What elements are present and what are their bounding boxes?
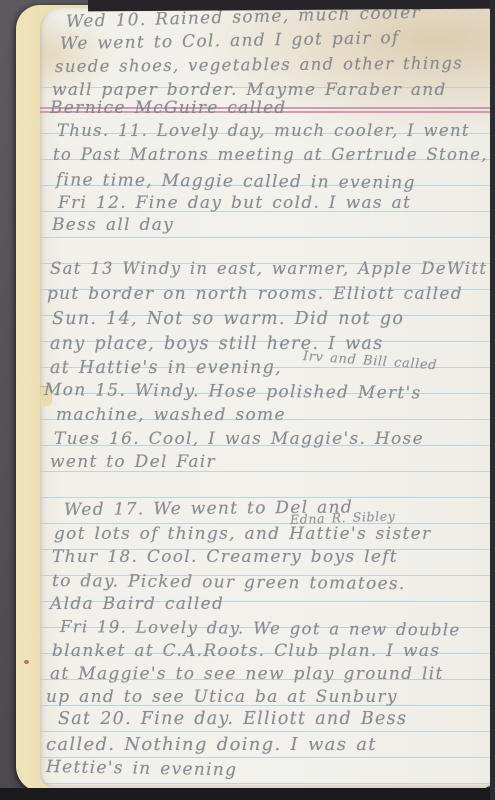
ruled-line [40,731,492,732]
scan-shadow-bottom [0,788,495,800]
ruled-line [40,289,492,290]
ruled-line [40,237,492,238]
ruled-line [40,263,492,264]
ruled-line [40,315,492,316]
page-edge-notch [40,386,52,406]
scan-background: Wed 10. Rained some, much coolerWe went … [0,0,495,800]
ruled-line [40,341,492,342]
ruled-line [40,497,492,498]
ruled-line [40,653,492,654]
ruled-line [40,159,492,160]
header-rule-pink-bottom [40,111,492,113]
ruled-line [40,523,492,524]
ruled-line [40,367,492,368]
ruled-line [40,705,492,706]
notebook-page [40,8,492,787]
ruled-line [40,87,492,88]
ruled-line [40,757,492,758]
ruled-line [40,601,492,602]
ruled-line [40,185,492,186]
ruled-line [40,627,492,628]
ruled-line [40,783,492,784]
paper-stain-speck [24,660,29,664]
scan-shadow-right [490,0,495,800]
ruled-line [40,471,492,472]
ruled-line [40,549,492,550]
ruled-line [40,393,492,394]
header-rule-pink-top [40,107,492,109]
ruled-line [40,679,492,680]
ruled-line [40,575,492,576]
ruled-line [40,419,492,420]
ruled-line [40,133,492,134]
ruled-line [40,211,492,212]
ruled-line [40,445,492,446]
